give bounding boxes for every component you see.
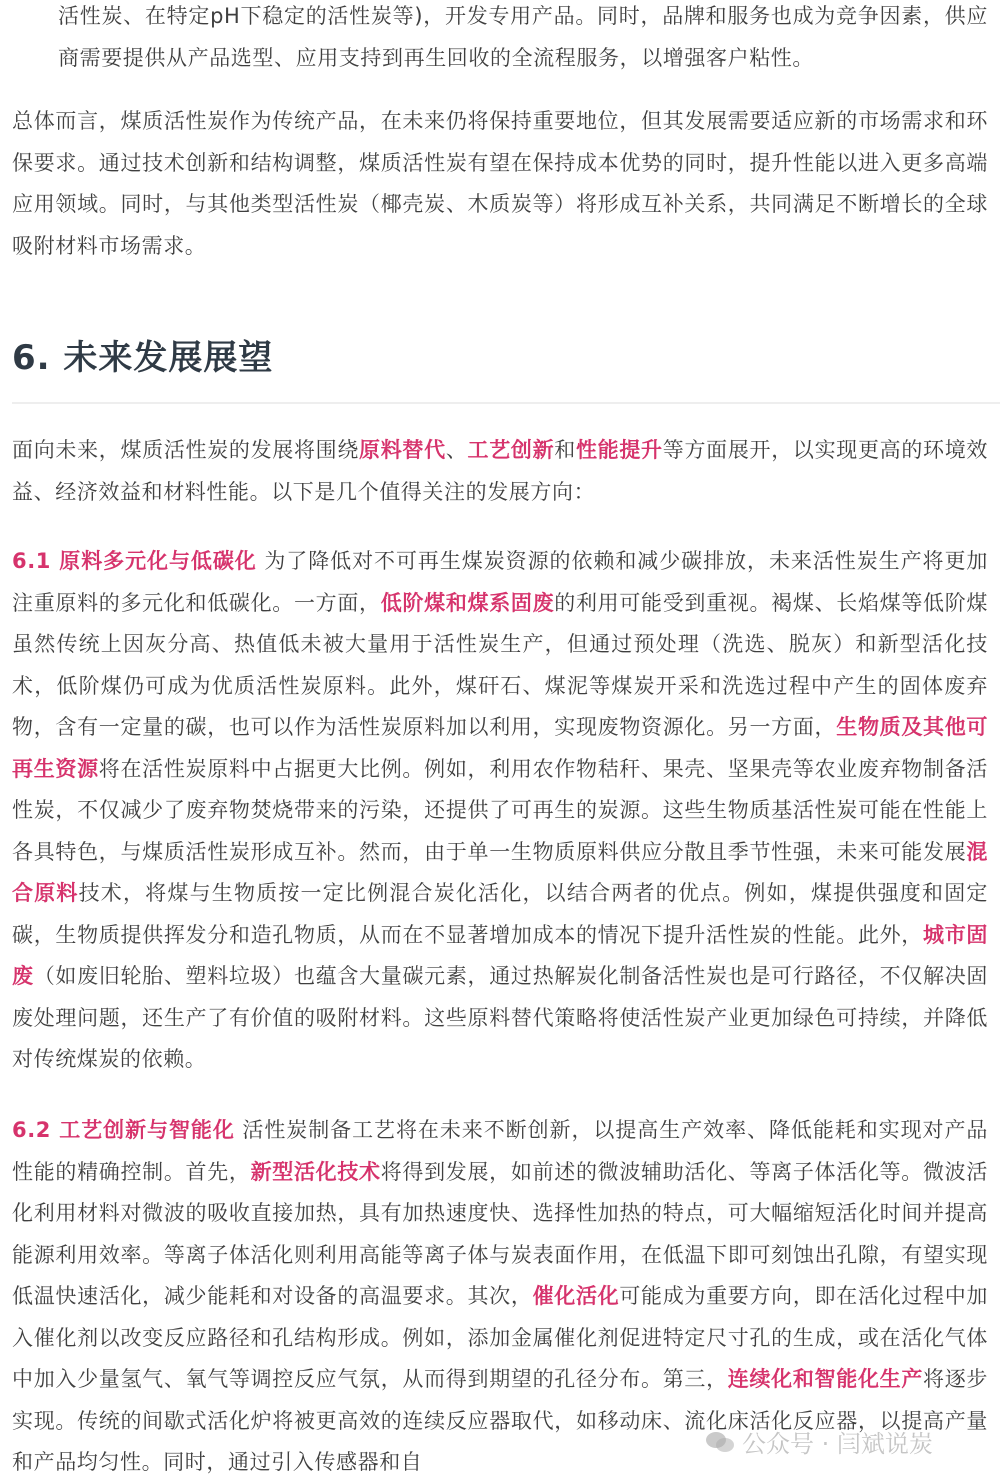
heading-divider [12, 402, 1000, 404]
subsection-title-6-2: 6.2 工艺创新与智能化 [12, 1118, 235, 1142]
highlight-catalytic-activation: 催化活化 [533, 1284, 620, 1308]
body-text: （如废旧轮胎、塑料垃圾）也蕴含大量碳元素，通过热解炭化制备活性炭也是可行路径，不… [12, 964, 988, 1071]
body-text: 将在活性炭原料中占据更大比例。例如，利用农作物秸秆、果壳、坚果壳等农业废弃物制备… [12, 757, 988, 864]
highlight-low-rank-coal: 低阶煤和煤系固废 [381, 591, 555, 615]
paragraph-summary: 总体而言，煤质活性炭作为传统产品，在未来仍将保持重要地位，但其发展需要适应新的市… [12, 101, 988, 267]
intro-text: 面向未来，煤质活性炭的发展将围绕 [12, 438, 359, 462]
paragraph-section-intro: 面向未来，煤质活性炭的发展将围绕原料替代、工艺创新和性能提升等方面展开，以实现更… [12, 430, 988, 513]
highlight-raw-material-substitution: 原料替代 [359, 438, 446, 462]
body-text: 技术，将煤与生物质按一定比例混合炭化活化，以结合两者的优点。例如，煤提供强度和固… [12, 881, 988, 947]
highlight-new-activation-tech: 新型活化技术 [251, 1160, 381, 1184]
paragraph-6-1: 6.1 原料多元化与低碳化 为了降低对不可再生煤炭资源的依赖和减少碳排放，未来活… [12, 541, 988, 1081]
section-heading-future-outlook: 6. 未来发展展望 [12, 330, 273, 379]
intro-text: 、 [446, 438, 468, 462]
highlight-continuous-smart-production: 连续化和智能化生产 [728, 1367, 923, 1391]
paragraph-6-2: 6.2 工艺创新与智能化 活性炭制备工艺将在未来不断创新，以提高生产效率、降低能… [12, 1110, 988, 1480]
paragraph-supplier-services: 活性炭、在特定pH下稳定的活性炭等)，开发专用产品。同时，品牌和服务也成为竞争因… [58, 0, 988, 79]
intro-text: 和 [554, 438, 576, 462]
subsection-title-6-1: 6.1 原料多元化与低碳化 [12, 549, 257, 573]
highlight-process-innovation: 工艺创新 [468, 438, 555, 462]
highlight-performance-improvement: 性能提升 [576, 438, 663, 462]
